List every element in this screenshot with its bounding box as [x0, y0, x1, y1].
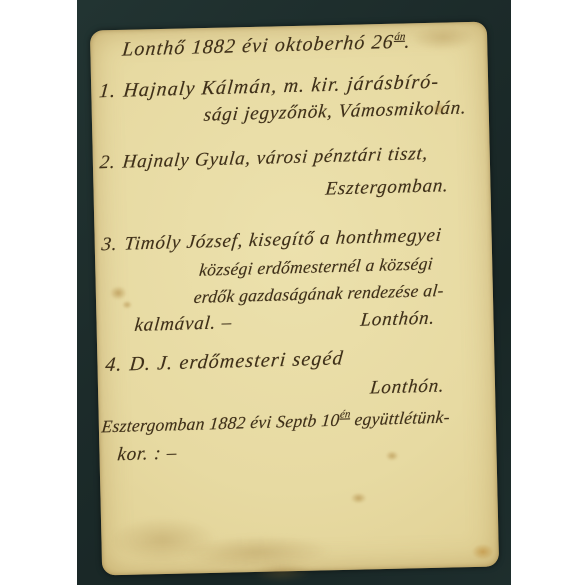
handwritten-card: Lonthő 1882 évi oktoberhó 26án. 1.Hajnal…	[90, 22, 499, 576]
entry-3-place: Lonthón.	[359, 308, 436, 332]
entry-4-line-1: 4.D. J. erdőmesteri segéd	[104, 347, 344, 377]
date-text: Lonthő 1882 évi oktoberhó 26	[121, 31, 395, 61]
closing-line-2: kor. : –	[116, 443, 178, 467]
closing-text-end: együttlétünk-	[349, 407, 451, 430]
entry-3-text: Timóly József, kisegítő a honthmegyei	[124, 225, 443, 255]
paper-smudge	[252, 562, 312, 583]
paper-stain	[122, 301, 132, 309]
paper-stain	[350, 492, 366, 503]
entry-3-number: 3.	[101, 234, 119, 255]
corner-damage	[472, 544, 494, 560]
paper-stain	[385, 451, 398, 461]
entry-3-line-3: erdők gazdaságának rendezése al-	[193, 280, 445, 308]
entry-3-line-2: községi erdőmesternél a községi	[198, 253, 434, 281]
entry-4-place: Lonthón.	[369, 375, 446, 399]
date-line: Lonthő 1882 évi oktoberhó 26án.	[121, 31, 412, 62]
entry-3-line-4: kalmával. –	[134, 312, 234, 337]
entry-2-number: 2.	[99, 152, 117, 173]
photo-mat: Lonthő 1882 évi oktoberhó 26án. 1.Hajnal…	[77, 0, 511, 585]
entry-3-line-1: 3.Timóly József, kisegítő a honthmegyei	[101, 225, 443, 257]
entry-1-number: 1.	[98, 80, 117, 103]
entry-2-place: Esztergomban.	[324, 175, 449, 200]
entry-4-text: D. J. erdőmesteri segéd	[129, 347, 345, 375]
closing-line-1: Esztergomban 1882 évi Septb 10én együttl…	[101, 406, 451, 438]
entry-2-line-1: 2.Hajnaly Gyula, városi pénztári tiszt,	[99, 143, 429, 174]
entry-4-number: 4.	[104, 353, 123, 376]
entry-1-line-2: sági jegyzőnök, Vámosmikolán.	[203, 97, 468, 126]
entry-2-text: Hajnaly Gyula, városi pénztári tiszt,	[122, 143, 430, 173]
entry-1-line-1: 1.Hajnaly Kálmán, m. kir. járásbíró-	[98, 71, 440, 104]
entry-1-text: Hajnaly Kálmán, m. kir. járásbíró-	[122, 71, 440, 102]
paper-smudge	[410, 24, 477, 51]
closing-text: Esztergomban 1882 évi Septb 10	[101, 410, 341, 437]
paper-stain	[110, 286, 127, 300]
